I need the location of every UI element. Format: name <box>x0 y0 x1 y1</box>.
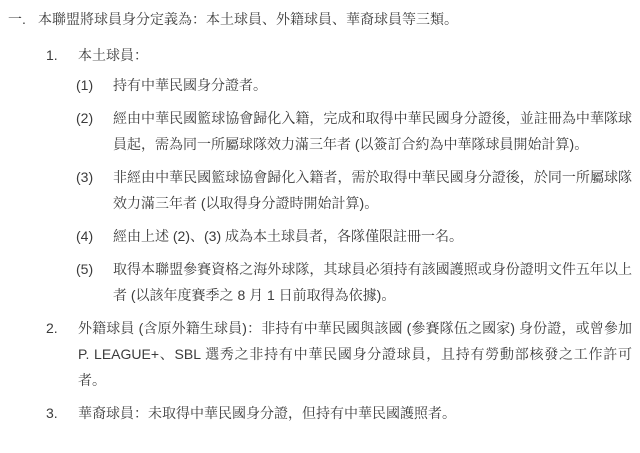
section-text: 本聯盟將球員身分定義為：本土球員、外籍球員、華裔球員等三類。 <box>38 6 632 32</box>
item-1-heading: 本土球員： <box>78 42 632 68</box>
subitem-1-5: (5) 取得本聯盟參賽資格之海外球隊，其球員必須持有該國護照或身份證明文件五年以… <box>76 256 632 308</box>
item-3-text: 華裔球員：未取得中華民國身分證，但持有中華民國護照者。 <box>78 400 632 426</box>
subitem-1-1-text: 持有中華民國身分證者。 <box>113 72 632 98</box>
subitem-1-1: (1) 持有中華民國身分證者。 <box>76 72 632 98</box>
list-item-3: 3. 華裔球員：未取得中華民國身分證，但持有中華民國護照者。 <box>46 400 632 426</box>
subitem-1-4-text: 經由上述 (2)、(3) 成為本土球員者，各隊僅限註冊一名。 <box>113 223 632 249</box>
subitem-1-5-marker: (5) <box>76 256 113 282</box>
section-marker: 一. <box>8 6 38 32</box>
item-2-text: 外籍球員 (含原外籍生球員)：非持有中華民國與該國 (參賽隊伍之國家) 身份證，… <box>78 315 632 393</box>
item-1-marker: 1. <box>46 42 78 68</box>
subitem-1-5-text: 取得本聯盟參賽資格之海外球隊，其球員必須持有該國護照或身份證明文件五年以上者 (… <box>113 256 632 308</box>
subitem-1-2-marker: (2) <box>76 105 113 131</box>
section-row: 一. 本聯盟將球員身分定義為：本土球員、外籍球員、華裔球員等三類。 <box>8 6 632 32</box>
subitem-1-4-marker: (4) <box>76 223 113 249</box>
subitem-1-1-marker: (1) <box>76 72 113 98</box>
subitem-1-4: (4) 經由上述 (2)、(3) 成為本土球員者，各隊僅限註冊一名。 <box>76 223 632 249</box>
item-2-marker: 2. <box>46 315 78 341</box>
list-item-1: 1. 本土球員： <box>46 42 632 68</box>
item-3-marker: 3. <box>46 400 78 426</box>
subitem-1-3: (3) 非經由中華民國籃球協會歸化入籍者，需於取得中華民國身分證後，於同一所屬球… <box>76 164 632 216</box>
subitem-1-3-text: 非經由中華民國籃球協會歸化入籍者，需於取得中華民國身分證後，於同一所屬球隊效力滿… <box>113 164 632 216</box>
document-page: 一. 本聯盟將球員身分定義為：本土球員、外籍球員、華裔球員等三類。 1. 本土球… <box>0 0 640 453</box>
list-item-2: 2. 外籍球員 (含原外籍生球員)：非持有中華民國與該國 (參賽隊伍之國家) 身… <box>46 315 632 393</box>
subitem-1-3-marker: (3) <box>76 164 113 190</box>
subitem-1-2-text: 經由中華民國籃球協會歸化入籍，完成和取得中華民國身分證後，並註冊為中華隊球員起，… <box>113 105 632 157</box>
subitem-1-2: (2) 經由中華民國籃球協會歸化入籍，完成和取得中華民國身分證後，並註冊為中華隊… <box>76 105 632 157</box>
